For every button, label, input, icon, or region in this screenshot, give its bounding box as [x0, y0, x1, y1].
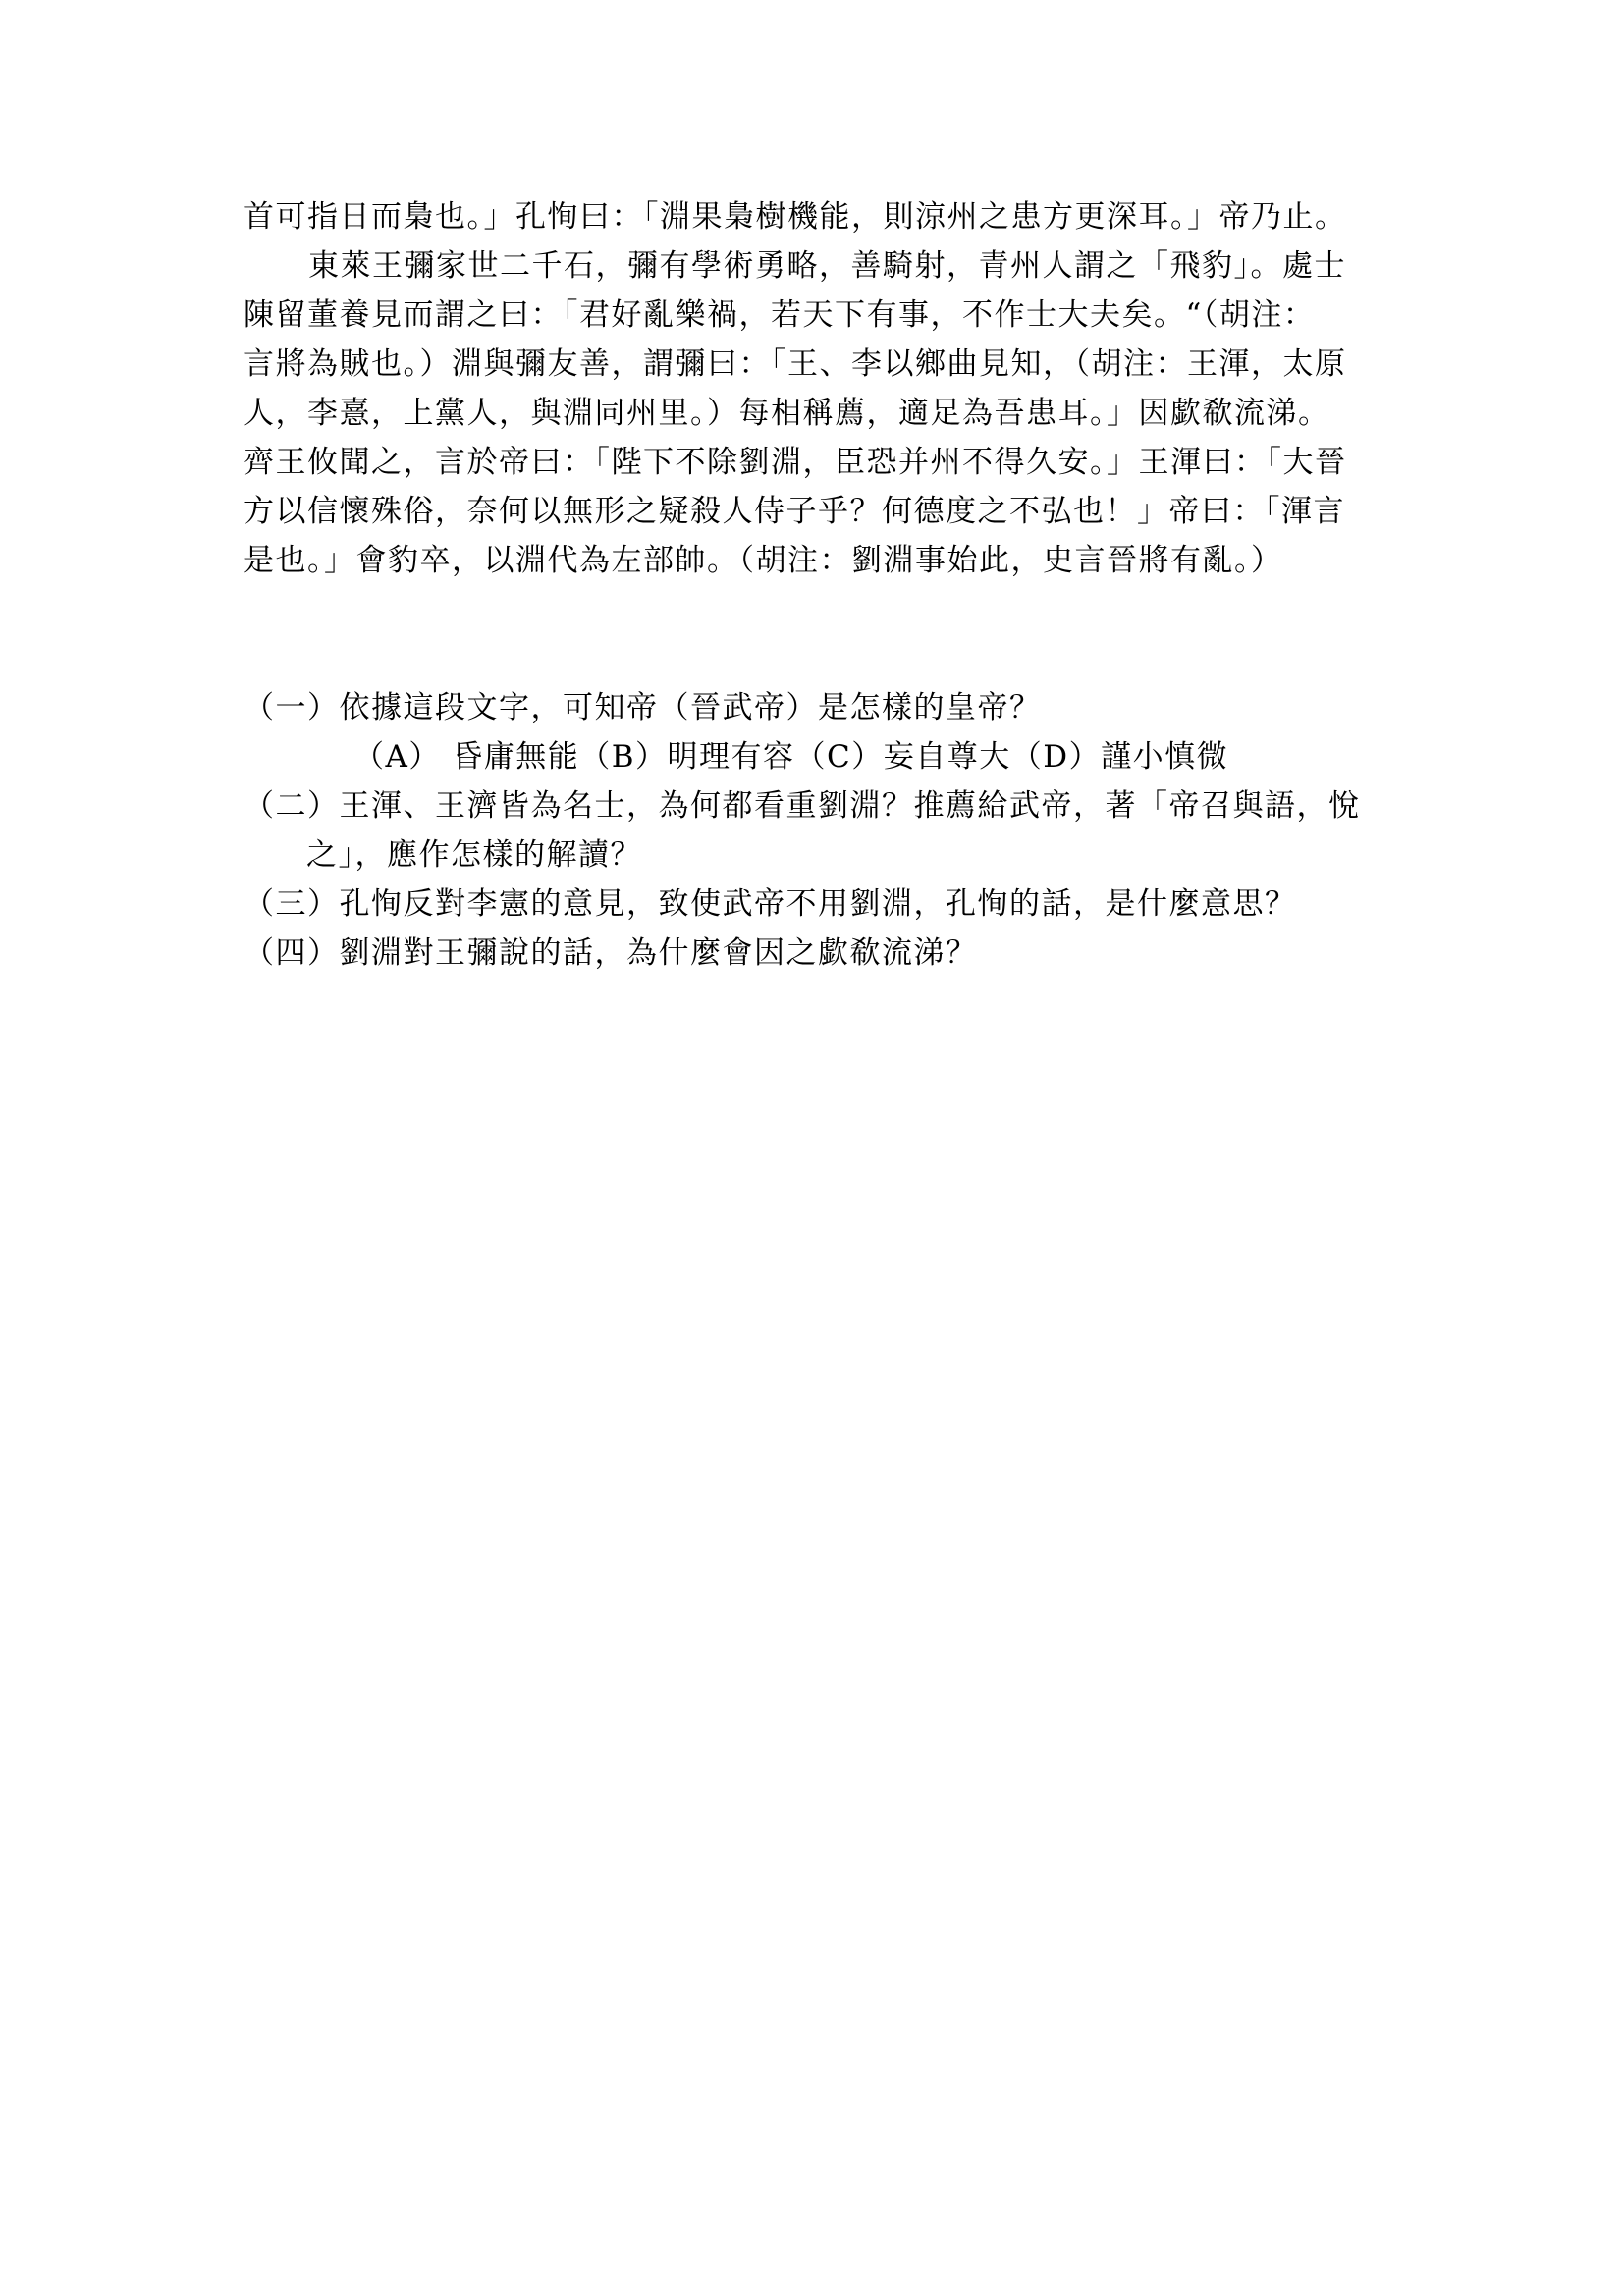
- question-1: （一）依據這段文字，可知帝（晉武帝）是怎樣的皇帝？: [244, 683, 1408, 732]
- passage-line: 齊王攸聞之，言於帝曰：「陛下不除劉淵，臣恐并州不得久安。」王渾曰：「大晉: [244, 438, 1408, 487]
- passage: 首可指日而梟也。」孔恂曰：「淵果梟樹機能，則涼州之患方更深耳。」帝乃止。 東萊王…: [244, 192, 1408, 585]
- passage-line: 言將為賊也。）淵與彌友善，謂彌曰：「王、李以鄉曲見知，（胡注：王渾，太原: [244, 340, 1408, 389]
- passage-line: 是也。」會豹卒，以淵代為左部帥。（胡注：劉淵事始此，史言晉將有亂。）: [244, 536, 1408, 585]
- question-4: （四）劉淵對王彌說的話，為什麼會因之歔欷流涕？: [244, 929, 1408, 978]
- question-3: （三）孔恂反對李憲的意見，致使武帝不用劉淵，孔恂的話，是什麼意思？: [244, 880, 1408, 929]
- page-content: 首可指日而梟也。」孔恂曰：「淵果梟樹機能，則涼州之患方更深耳。」帝乃止。 東萊王…: [244, 192, 1408, 978]
- passage-line: 陳留董養見而謂之曰：「君好亂樂禍，若天下有事，不作士大夫矣。“（胡注：: [244, 291, 1408, 340]
- passage-line: 人，李憙，上黨人，與淵同州里。）每相稱薦，適足為吾患耳。」因歔欷流涕。: [244, 389, 1408, 438]
- passage-line: 東萊王彌家世二千石，彌有學術勇略，善騎射，青州人謂之「飛豹」。處士: [244, 241, 1408, 291]
- questions-section: （一）依據這段文字，可知帝（晉武帝）是怎樣的皇帝？ （A） 昏庸無能（B）明理有…: [244, 683, 1408, 978]
- question-2-line-2: 之」，應作怎樣的解讀？: [244, 830, 1408, 880]
- passage-line: 首可指日而梟也。」孔恂曰：「淵果梟樹機能，則涼州之患方更深耳。」帝乃止。: [244, 192, 1408, 241]
- question-2-line-1: （二）王渾、王濟皆為名士，為何都看重劉淵？推薦給武帝，著「帝召與語，悅: [244, 781, 1408, 830]
- question-1-options: （A） 昏庸無能（B）明理有容（C）妄自尊大（D）謹小慎微: [244, 732, 1408, 781]
- document-page: 首可指日而梟也。」孔恂曰：「淵果梟樹機能，則涼州之患方更深耳。」帝乃止。 東萊王…: [0, 0, 1624, 2296]
- passage-line: 方以信懷殊俗，奈何以無形之疑殺人侍子乎？何德度之不弘也！」帝曰：「渾言: [244, 487, 1408, 536]
